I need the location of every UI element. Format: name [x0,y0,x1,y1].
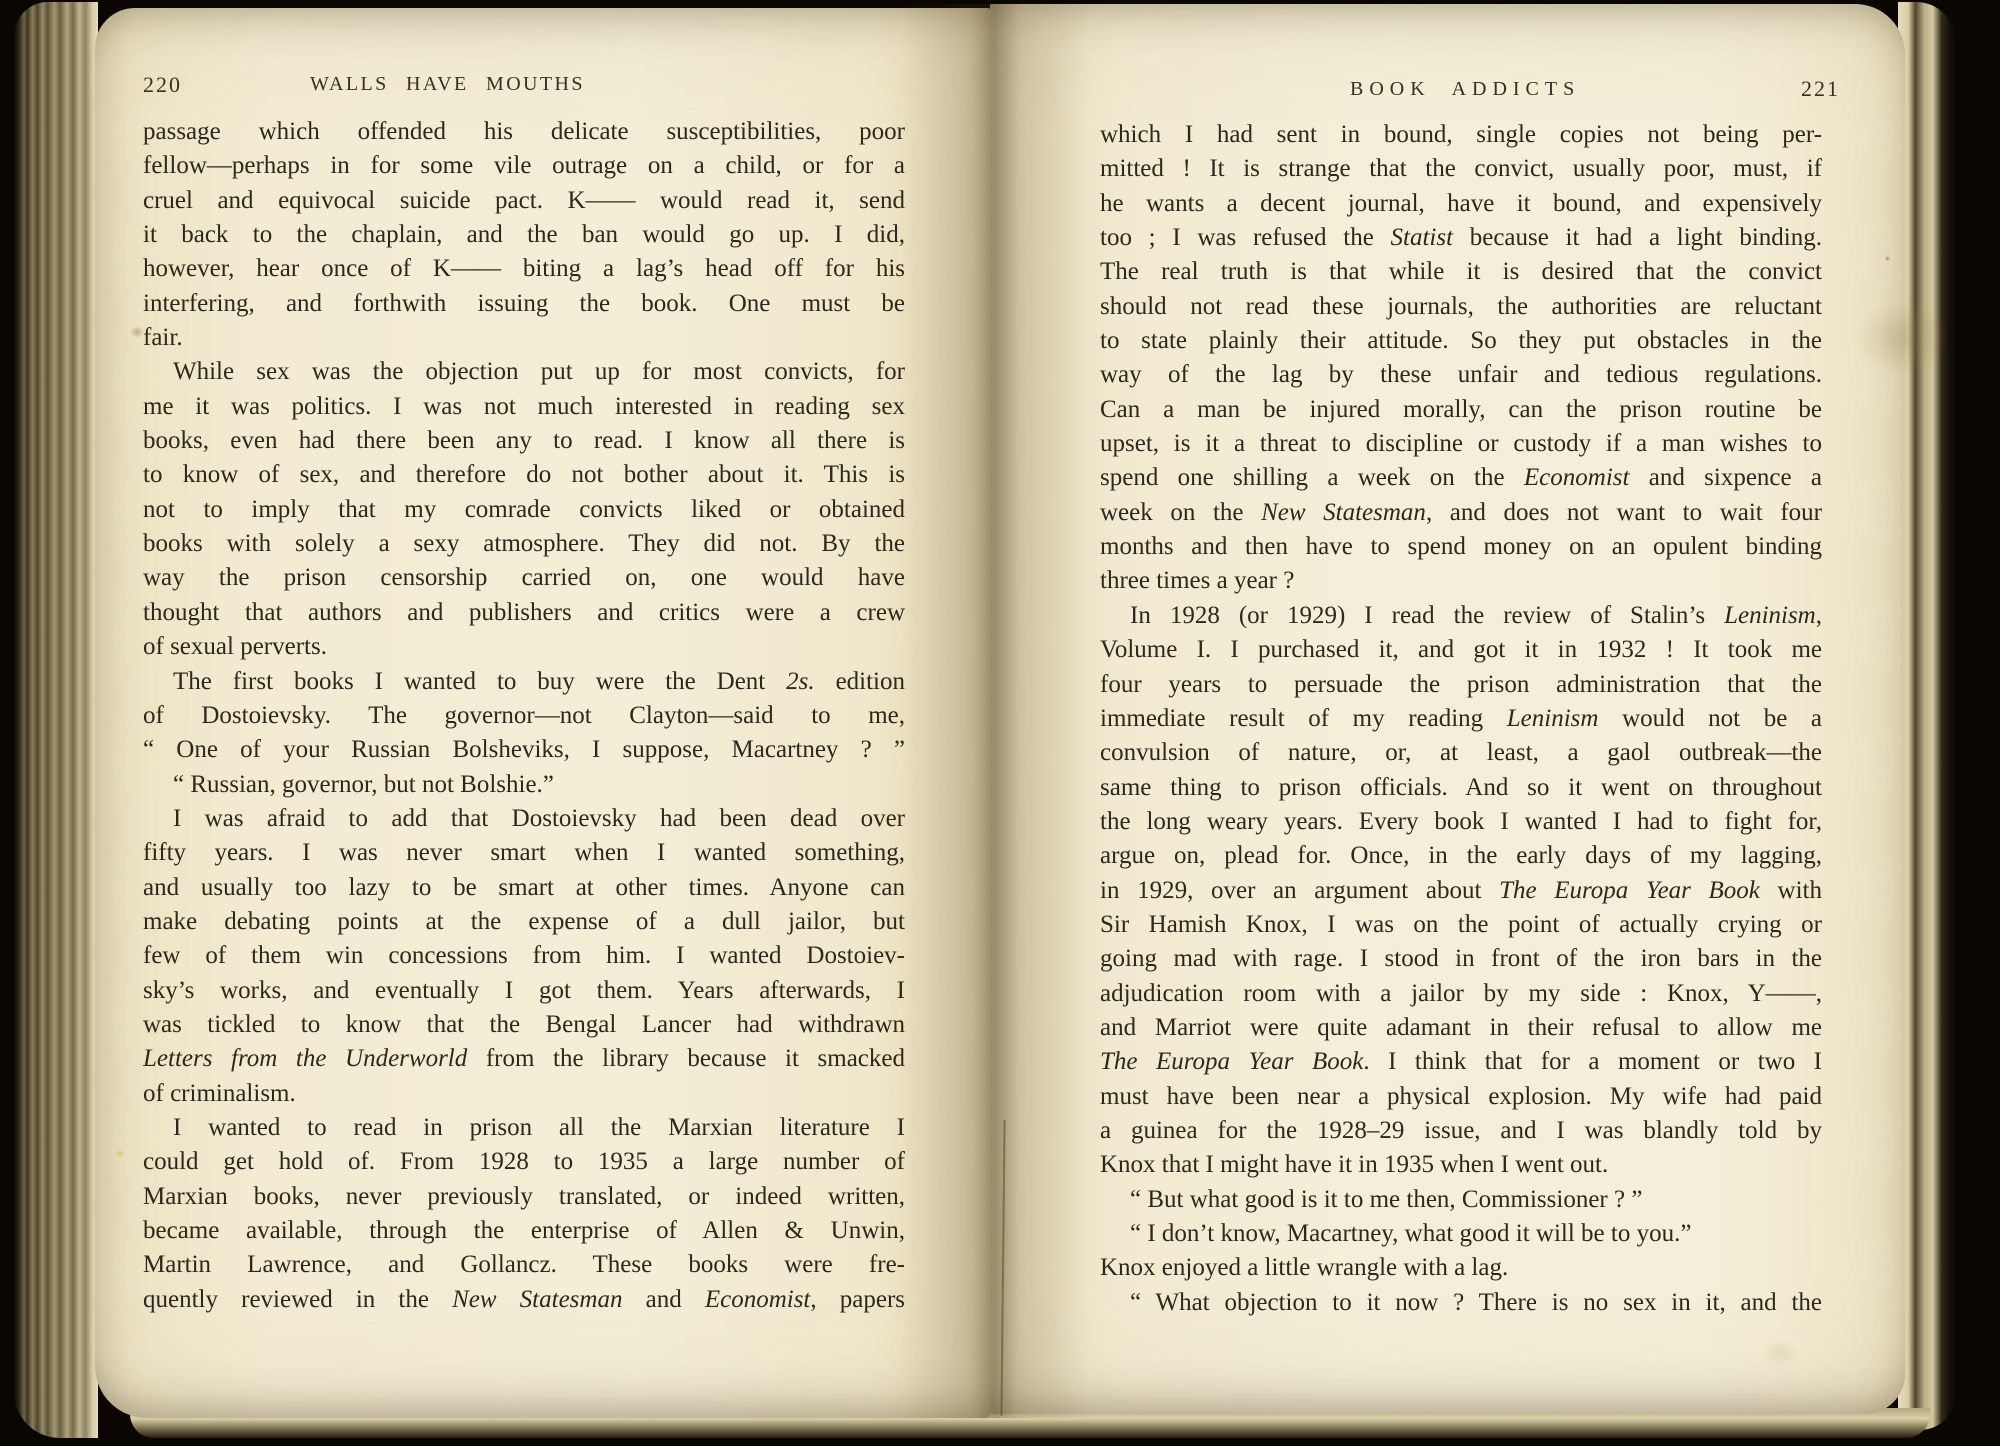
text-line: spend one shilling a week on the Economi… [1100,461,1822,495]
text-line: me it was politics. I was not much inter… [143,390,905,424]
text-line: argue on, plead for. Once, in the early … [1100,839,1822,873]
text-line: in 1929, over an argument about The Euro… [1100,874,1822,908]
text-line: fifty years. I was never smart when I wa… [143,836,905,870]
text-line: few of them win concessions from him. I … [143,939,905,973]
text-line: too ; I was refused the Statist because … [1100,221,1822,255]
text-line: of criminalism. [143,1077,905,1111]
text-line: quently reviewed in the New Statesman an… [143,1283,905,1317]
text-line: “ What objection to it now ? There is no… [1100,1286,1822,1320]
text-line: mitted ! It is strange that the convict,… [1100,152,1822,186]
page-number-left: 220 [143,72,182,98]
text-line: Letters from the Underworld from the lib… [143,1042,905,1076]
text-line: three times a year ? [1100,564,1822,598]
text-line: and Marriot were quite adamant in their … [1100,1011,1822,1045]
text-line: convulsion of nature, or, at least, a ga… [1100,736,1822,770]
text-line: The Europa Year Book. I think that for a… [1100,1045,1822,1079]
text-line: four years to persuade the prison admini… [1100,668,1822,702]
text-line: thought that authors and publishers and … [143,596,905,630]
text-line: I was afraid to add that Dostoievsky had… [143,802,905,836]
text-line: upset, is it a threat to discipline or c… [1100,427,1822,461]
text-line: way of the lag by these unfair and tedio… [1100,358,1822,392]
text-line: week on the New Statesman, and does not … [1100,496,1822,530]
text-line: “ But what good is it to me then, Commis… [1100,1183,1822,1217]
text-line: could get hold of. From 1928 to 1935 a l… [143,1145,905,1179]
text-line: must have been near a physical explosion… [1100,1080,1822,1114]
text-line: Volume I. I purchased it, and got it in … [1100,633,1822,667]
text-line: not to imply that my comrade convicts li… [143,493,905,527]
page-right: BOOK ADDICTS 221 which I had sent in bou… [990,4,1905,1414]
text-line: it back to the chaplain, and the ban wou… [143,218,905,252]
text-line: Knox enjoyed a little wrangle with a lag… [1100,1251,1822,1285]
text-line: books with solely a sexy atmosphere. The… [143,527,905,561]
text-line: sky’s works, and eventually I got them. … [143,974,905,1008]
text-line: a guinea for the 1928–29 issue, and I wa… [1100,1114,1822,1148]
text-line: Knox that I might have it in 1935 when I… [1100,1148,1822,1182]
text-line: was tickled to know that the Bengal Lanc… [143,1008,905,1042]
text-line: cruel and equivocal suicide pact. K—— wo… [143,184,905,218]
text-line: and usually too lazy to be smart at othe… [143,871,905,905]
page-body-right: which I had sent in bound, single copies… [1100,118,1822,1320]
text-line: “ One of your Russian Bolsheviks, I supp… [143,733,905,767]
running-head-left: WALLS HAVE MOUTHS [310,73,585,96]
text-line: he wants a decent journal, have it bound… [1100,187,1822,221]
text-line: way the prison censorship carried on, on… [143,561,905,595]
text-line: of Dostoievsky. The governor—not Clayton… [143,699,905,733]
open-book-photo: 220 WALLS HAVE MOUTHS passage which offe… [0,0,2000,1446]
text-line: to know of sex, and therefore do not bot… [143,458,905,492]
text-line: which I had sent in bound, single copies… [1100,118,1822,152]
text-line: going mad with rage. I stood in front of… [1100,942,1822,976]
text-line: Sir Hamish Knox, I was on the point of a… [1100,908,1822,942]
book-page-edges-right [1898,2,1956,1430]
text-line: the long weary years. Every book I wante… [1100,805,1822,839]
text-line: to state plainly their attitude. So they… [1100,324,1822,358]
running-head-right: BOOK ADDICTS [1350,78,1580,101]
text-line: In 1928 (or 1929) I read the review of S… [1100,599,1822,633]
text-line: books, even had there been any to read. … [143,424,905,458]
text-line: of sexual perverts. [143,630,905,664]
text-line: passage which offended his delicate susc… [143,115,905,149]
text-line: “ Russian, governor, but not Bolshie.” [143,768,905,802]
text-line: fellow—perhaps in for some vile outrage … [143,149,905,183]
text-line: same thing to prison officials. And so i… [1100,771,1822,805]
text-line: adjudication room with a jailor by my si… [1100,977,1822,1011]
text-line: however, hear once of K—— biting a lag’s… [143,252,905,286]
text-line: The real truth is that while it is desir… [1100,255,1822,289]
text-line: interfering, and forthwith issuing the b… [143,287,905,321]
text-line: months and then have to spend money on a… [1100,530,1822,564]
text-line: became available, through the enterprise… [143,1214,905,1248]
text-line: “ I don’t know, Macartney, what good it … [1100,1217,1822,1251]
text-line: While sex was the objection put up for m… [143,355,905,389]
text-line: Can a man be injured morally, can the pr… [1100,393,1822,427]
text-line: make debating points at the expense of a… [143,905,905,939]
text-line: immediate result of my reading Leninism … [1100,702,1822,736]
page-body-left: passage which offended his delicate susc… [143,115,905,1317]
text-line: fair. [143,321,905,355]
page-number-right: 221 [1801,76,1840,102]
text-line: should not read these journals, the auth… [1100,290,1822,324]
text-line: The first books I wanted to buy were the… [143,665,905,699]
text-line: Marxian books, never previously translat… [143,1180,905,1214]
book-page-edges-left [14,2,98,1438]
page-left: 220 WALLS HAVE MOUTHS passage which offe… [95,8,990,1418]
text-line: Martin Lawrence, and Gollancz. These boo… [143,1248,905,1282]
text-line: I wanted to read in prison all the Marxi… [143,1111,905,1145]
